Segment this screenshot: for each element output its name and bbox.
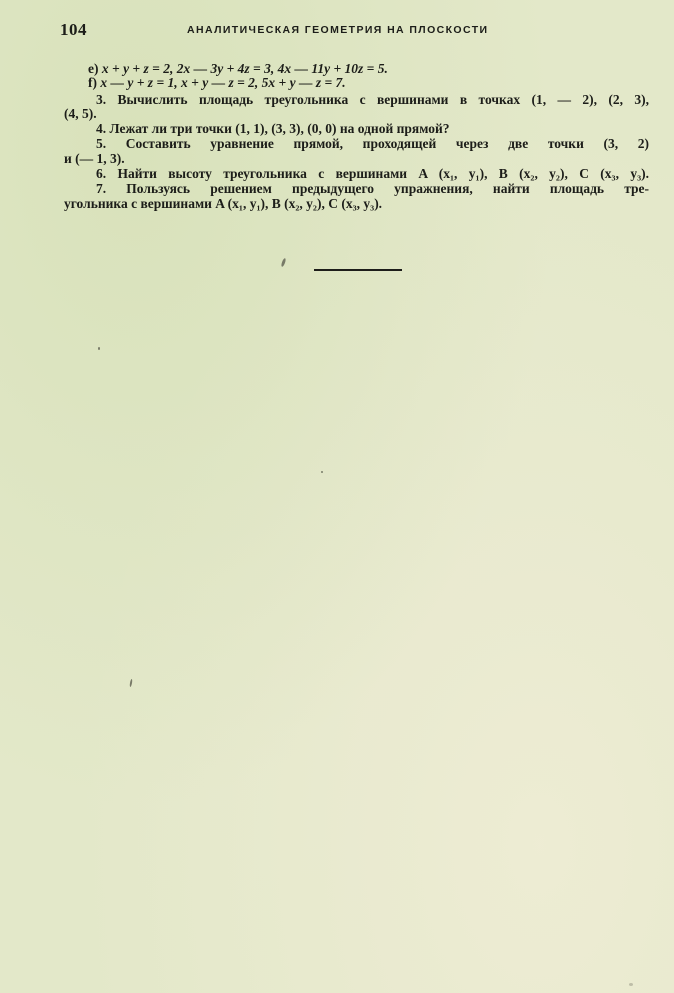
exercise-5-line-1: 5. Составить уравнение прямой, проходяще… [96,136,649,151]
exercise-5-line-2: и (— 1, 3). [64,151,125,166]
exercise-6-line-1: 6. Найти высоту треугольника с вершинами… [96,166,649,181]
page-number: 104 [60,20,87,40]
scan-speck [281,258,287,267]
scan-speck [629,983,633,986]
exercise-7-line-2: угольника с вершинами A (x₁, y₁), B (x₂,… [64,196,382,211]
item-e-equations: x + y + z = 2, 2x — 3y + 4z = 3, 4x — 11… [102,61,388,76]
section-end-rule [314,269,402,271]
exercise-3-line-2: (4, 5). [64,106,97,121]
scan-speck [98,347,100,350]
exercise-item-e: e) x + y + z = 2, 2x — 3y + 4z = 3, 4x —… [88,61,388,76]
scan-speck [321,471,323,473]
running-title: АНАЛИТИЧЕСКАЯ ГЕОМЕТРИЯ НА ПЛОСКОСТИ [187,24,488,36]
exercise-4-line-1: 4. Лежат ли три точки (1, 1), (3, 3), (0… [96,121,450,136]
scan-speck [129,679,132,687]
book-page: 104 АНАЛИТИЧЕСКАЯ ГЕОМЕТРИЯ НА ПЛОСКОСТИ… [0,0,674,993]
exercise-7-line-1: 7. Пользуясь решением предыдущего упражн… [96,181,649,196]
exercise-item-f: f) x — y + z = 1, x + y — z = 2, 5x + y … [88,75,346,90]
exercise-3-line-1: 3. Вычислить площадь треугольника с верш… [96,92,649,107]
item-e-label: e) [88,61,99,76]
item-f-label: f) [88,75,97,90]
item-f-equations: x — y + z = 1, x + y — z = 2, 5x + y — z… [100,75,345,90]
